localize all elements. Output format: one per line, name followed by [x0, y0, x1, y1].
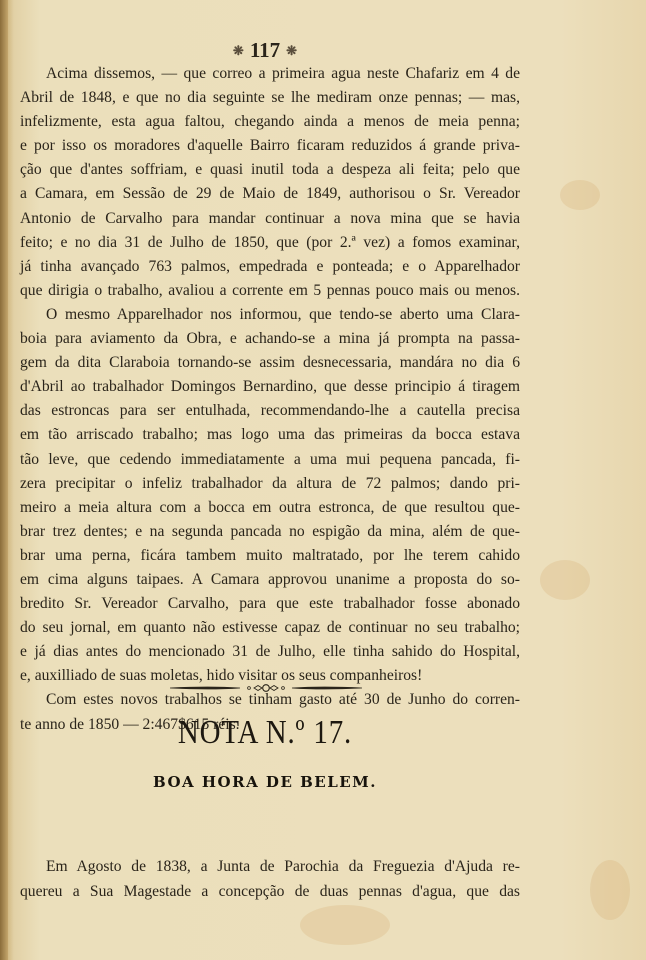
asterisk-ornament-icon: ❋: [286, 43, 297, 58]
text-line: Abril de 1848, e que no dia seguinte se …: [20, 86, 520, 110]
text-line: zera precipitar o infeliz trabalhador da…: [20, 472, 520, 496]
text-line: d'Abril ao trabalhador Domingos Bernardi…: [20, 375, 520, 399]
paragraph: Em Agosto de 1838, a Junta de Parochia d…: [20, 855, 520, 904]
text-line: Em Agosto de 1838, a Junta de Parochia d…: [20, 855, 520, 880]
paragraph: Acima dissemos, — que correo a primeira …: [20, 62, 520, 303]
text-line: em cima alguns taipaes. A Camara approvo…: [20, 568, 520, 592]
foxing-stain: [590, 860, 630, 920]
text-line: feito; e no dia 31 de Julho de 1850, que…: [20, 231, 520, 255]
text-line: ção que d'antes soffriam, e quasi inutil…: [20, 158, 520, 182]
paragraph: O mesmo Apparelhador nos informou, que t…: [20, 303, 520, 689]
foxing-stain: [540, 560, 590, 600]
text-line: a Camara, em Sessão de 29 de Maio de 184…: [20, 182, 520, 206]
text-line: do seu jornal, em quanto não estivesse c…: [20, 616, 520, 640]
book-spine-edge: [0, 0, 8, 960]
page-number: ❋117❋: [0, 38, 530, 63]
text-line: infelizmente, esta agua faltou, chegando…: [20, 110, 520, 134]
text-line: em tão arriscado trabalho; mas logo uma …: [20, 423, 520, 447]
text-line: Antonio de Carvalho para mandar continua…: [20, 207, 520, 231]
text-line: que dirigia o trabalho, avaliou a corren…: [20, 279, 520, 303]
text-line: já tinha avançado 763 palmos, empedrada …: [20, 255, 520, 279]
asterisk-ornament-icon: ❋: [233, 43, 244, 58]
foxing-stain: [300, 905, 390, 945]
text-line: meiro a meia altura com a bocca em outra…: [20, 496, 520, 520]
text-line: tão leve, que cedendo immediatamente a u…: [20, 448, 520, 472]
text-line: e já dias antes do mencionado 31 de Julh…: [20, 640, 520, 664]
text-line: e por isso os moradores d'aquelle Bairro…: [20, 134, 520, 158]
section-subtitle: BOA HORA DE BELEM.: [0, 773, 530, 791]
section-title: NOTA N.º 17.: [40, 714, 491, 752]
ornamental-divider-icon: [170, 683, 362, 693]
section-body-text: Em Agosto de 1838, a Junta de Parochia d…: [20, 855, 520, 904]
text-line: O mesmo Apparelhador nos informou, que t…: [20, 303, 520, 327]
text-line: das estroncas para ser entulhada, recomm…: [20, 399, 520, 423]
text-line: quereu a Sua Magestade a concepção de du…: [20, 880, 520, 905]
foxing-stain: [560, 180, 600, 210]
page-number-value: 117: [250, 38, 280, 62]
text-line: gem da dita Claraboia tornando-se assim …: [20, 351, 520, 375]
text-line: boia para aviamento da Obra, e achando-s…: [20, 327, 520, 351]
text-line: Acima dissemos, — que correo a primeira …: [20, 62, 520, 86]
body-text: Acima dissemos, — que correo a primeira …: [20, 62, 520, 737]
text-line: brar trez dentes; e na segunda pancada n…: [20, 520, 520, 544]
text-line: brar uma perna, ficára tambem muito malt…: [20, 544, 520, 568]
text-line: bredito Sr. Vereador Carvalho, para que …: [20, 592, 520, 616]
